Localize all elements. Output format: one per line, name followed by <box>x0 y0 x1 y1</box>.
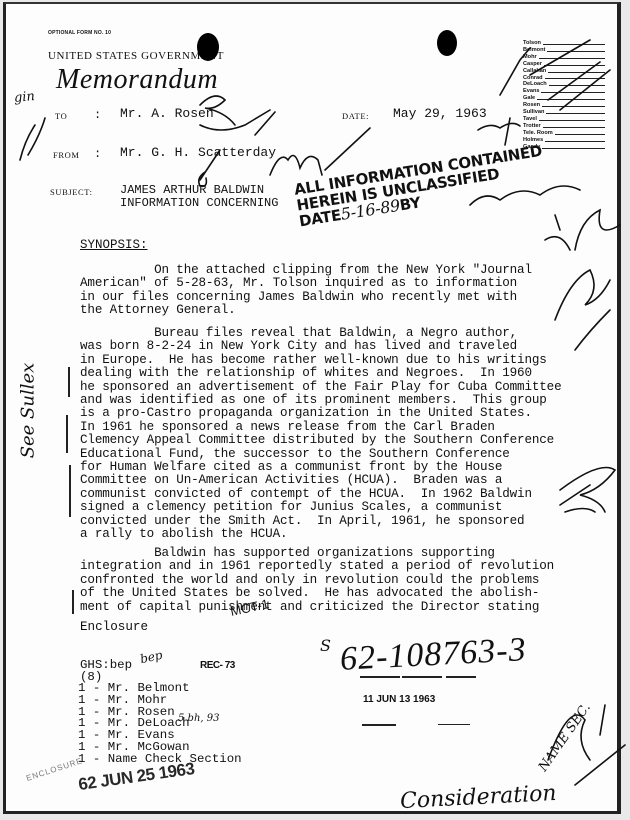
routing-name: Trotter <box>523 123 541 130</box>
routing-line <box>547 47 605 52</box>
routing-entry: Belmont <box>523 47 605 54</box>
routing-line <box>543 123 605 128</box>
routing-entry: Sullivan <box>523 109 605 116</box>
routing-slip: TolsonBelmontMohrCasperCallahanConradDeL… <box>523 40 605 151</box>
routing-entry: Tele. Room <box>523 130 605 137</box>
routing-line <box>555 130 605 135</box>
date-label: DATE: <box>342 111 369 121</box>
routing-line <box>543 40 605 45</box>
routing-line <box>544 61 605 66</box>
received-stamp: 11 JUN 13 1963 <box>363 694 435 705</box>
routing-name: Evans <box>523 88 539 95</box>
margin-mark <box>69 465 71 517</box>
routing-line <box>546 109 605 114</box>
to-colon: : <box>94 108 101 122</box>
routing-entry: Evans <box>523 88 605 95</box>
routing-line <box>539 116 605 121</box>
file-underline <box>402 676 442 678</box>
enclosure-label: Enclosure <box>80 620 148 634</box>
handwritten-margin-note: See Sullex <box>17 363 38 459</box>
routing-entry: Callahan <box>523 68 605 75</box>
routing-name: Rosen <box>523 102 540 109</box>
paragraph-3: Baldwin has supported organizations supp… <box>80 547 554 614</box>
routing-entry: Casper <box>523 61 605 68</box>
handwritten-margin-top: gin <box>13 89 35 106</box>
rec-stamp: REC- 73 <box>200 660 235 671</box>
form-number: OPTIONAL FORM NO. 10 <box>48 30 111 36</box>
routing-name: Belmont <box>523 47 545 54</box>
subject-label: SUBJECT: <box>50 187 93 197</box>
to-value: Mr. A. Rosen <box>120 106 214 121</box>
paragraph-2: Bureau files reveal that Baldwin, a Negr… <box>80 327 562 542</box>
routing-entry: Trotter <box>523 123 605 130</box>
routing-entry: Mohr <box>523 54 605 61</box>
routing-name: Conrad <box>523 75 543 82</box>
routing-entry: Tolson <box>523 40 605 47</box>
memo-title: Memorandum <box>56 64 218 96</box>
routing-line <box>545 75 605 80</box>
routing-entry: Rosen <box>523 102 605 109</box>
routing-line <box>549 81 605 86</box>
routing-line <box>539 54 605 59</box>
margin-mark <box>68 367 70 397</box>
file-prefix-mark: S <box>320 636 331 655</box>
margin-mark <box>66 415 68 453</box>
distribution-list: 1 - Mr. Belmont 1 - Mr. Mohr 1 - Mr. Ros… <box>78 683 242 766</box>
routing-entry: Tavel <box>523 116 605 123</box>
file-underline <box>446 676 476 678</box>
routing-line <box>545 137 605 142</box>
routing-line <box>542 102 605 107</box>
to-label: TO <box>55 111 67 121</box>
margin-mark <box>72 590 74 614</box>
from-colon: : <box>94 147 101 161</box>
handwritten-rosen-note: 5 bh, 93 <box>178 713 219 724</box>
routing-name: DeLoach <box>523 81 547 88</box>
routing-line <box>542 144 605 149</box>
routing-line <box>537 95 605 100</box>
file-underline <box>360 676 400 678</box>
stamp-rule <box>362 724 396 726</box>
stamp-by: BY <box>398 193 421 214</box>
punch-hole <box>437 30 457 56</box>
routing-line <box>541 88 605 93</box>
routing-name: Casper <box>523 61 542 68</box>
from-label: FROM <box>53 150 80 160</box>
synopsis-heading: SYNOPSIS: <box>80 238 148 252</box>
subject-line-2: INFORMATION CONCERNING <box>120 197 278 210</box>
routing-line <box>548 68 605 73</box>
routing-name: Tele. Room <box>523 130 553 137</box>
date-value: May 29, 1963 <box>393 106 487 121</box>
routing-name: Mohr <box>523 54 537 61</box>
routing-name: Tolson <box>523 40 541 47</box>
routing-name: Callahan <box>523 68 546 75</box>
routing-entry: Conrad <box>523 75 605 82</box>
routing-name: Tavel <box>523 116 537 123</box>
routing-name: Gale <box>523 95 535 102</box>
routing-name: Sullivan <box>523 109 544 116</box>
stamp-rule <box>438 724 470 725</box>
routing-entry: DeLoach <box>523 81 605 88</box>
routing-entry: Gale <box>523 95 605 102</box>
from-value: Mr. G. H. Scatterday <box>120 145 276 160</box>
punch-hole <box>197 33 219 61</box>
paragraph-1: On the attached clipping from the New Yo… <box>80 264 532 318</box>
